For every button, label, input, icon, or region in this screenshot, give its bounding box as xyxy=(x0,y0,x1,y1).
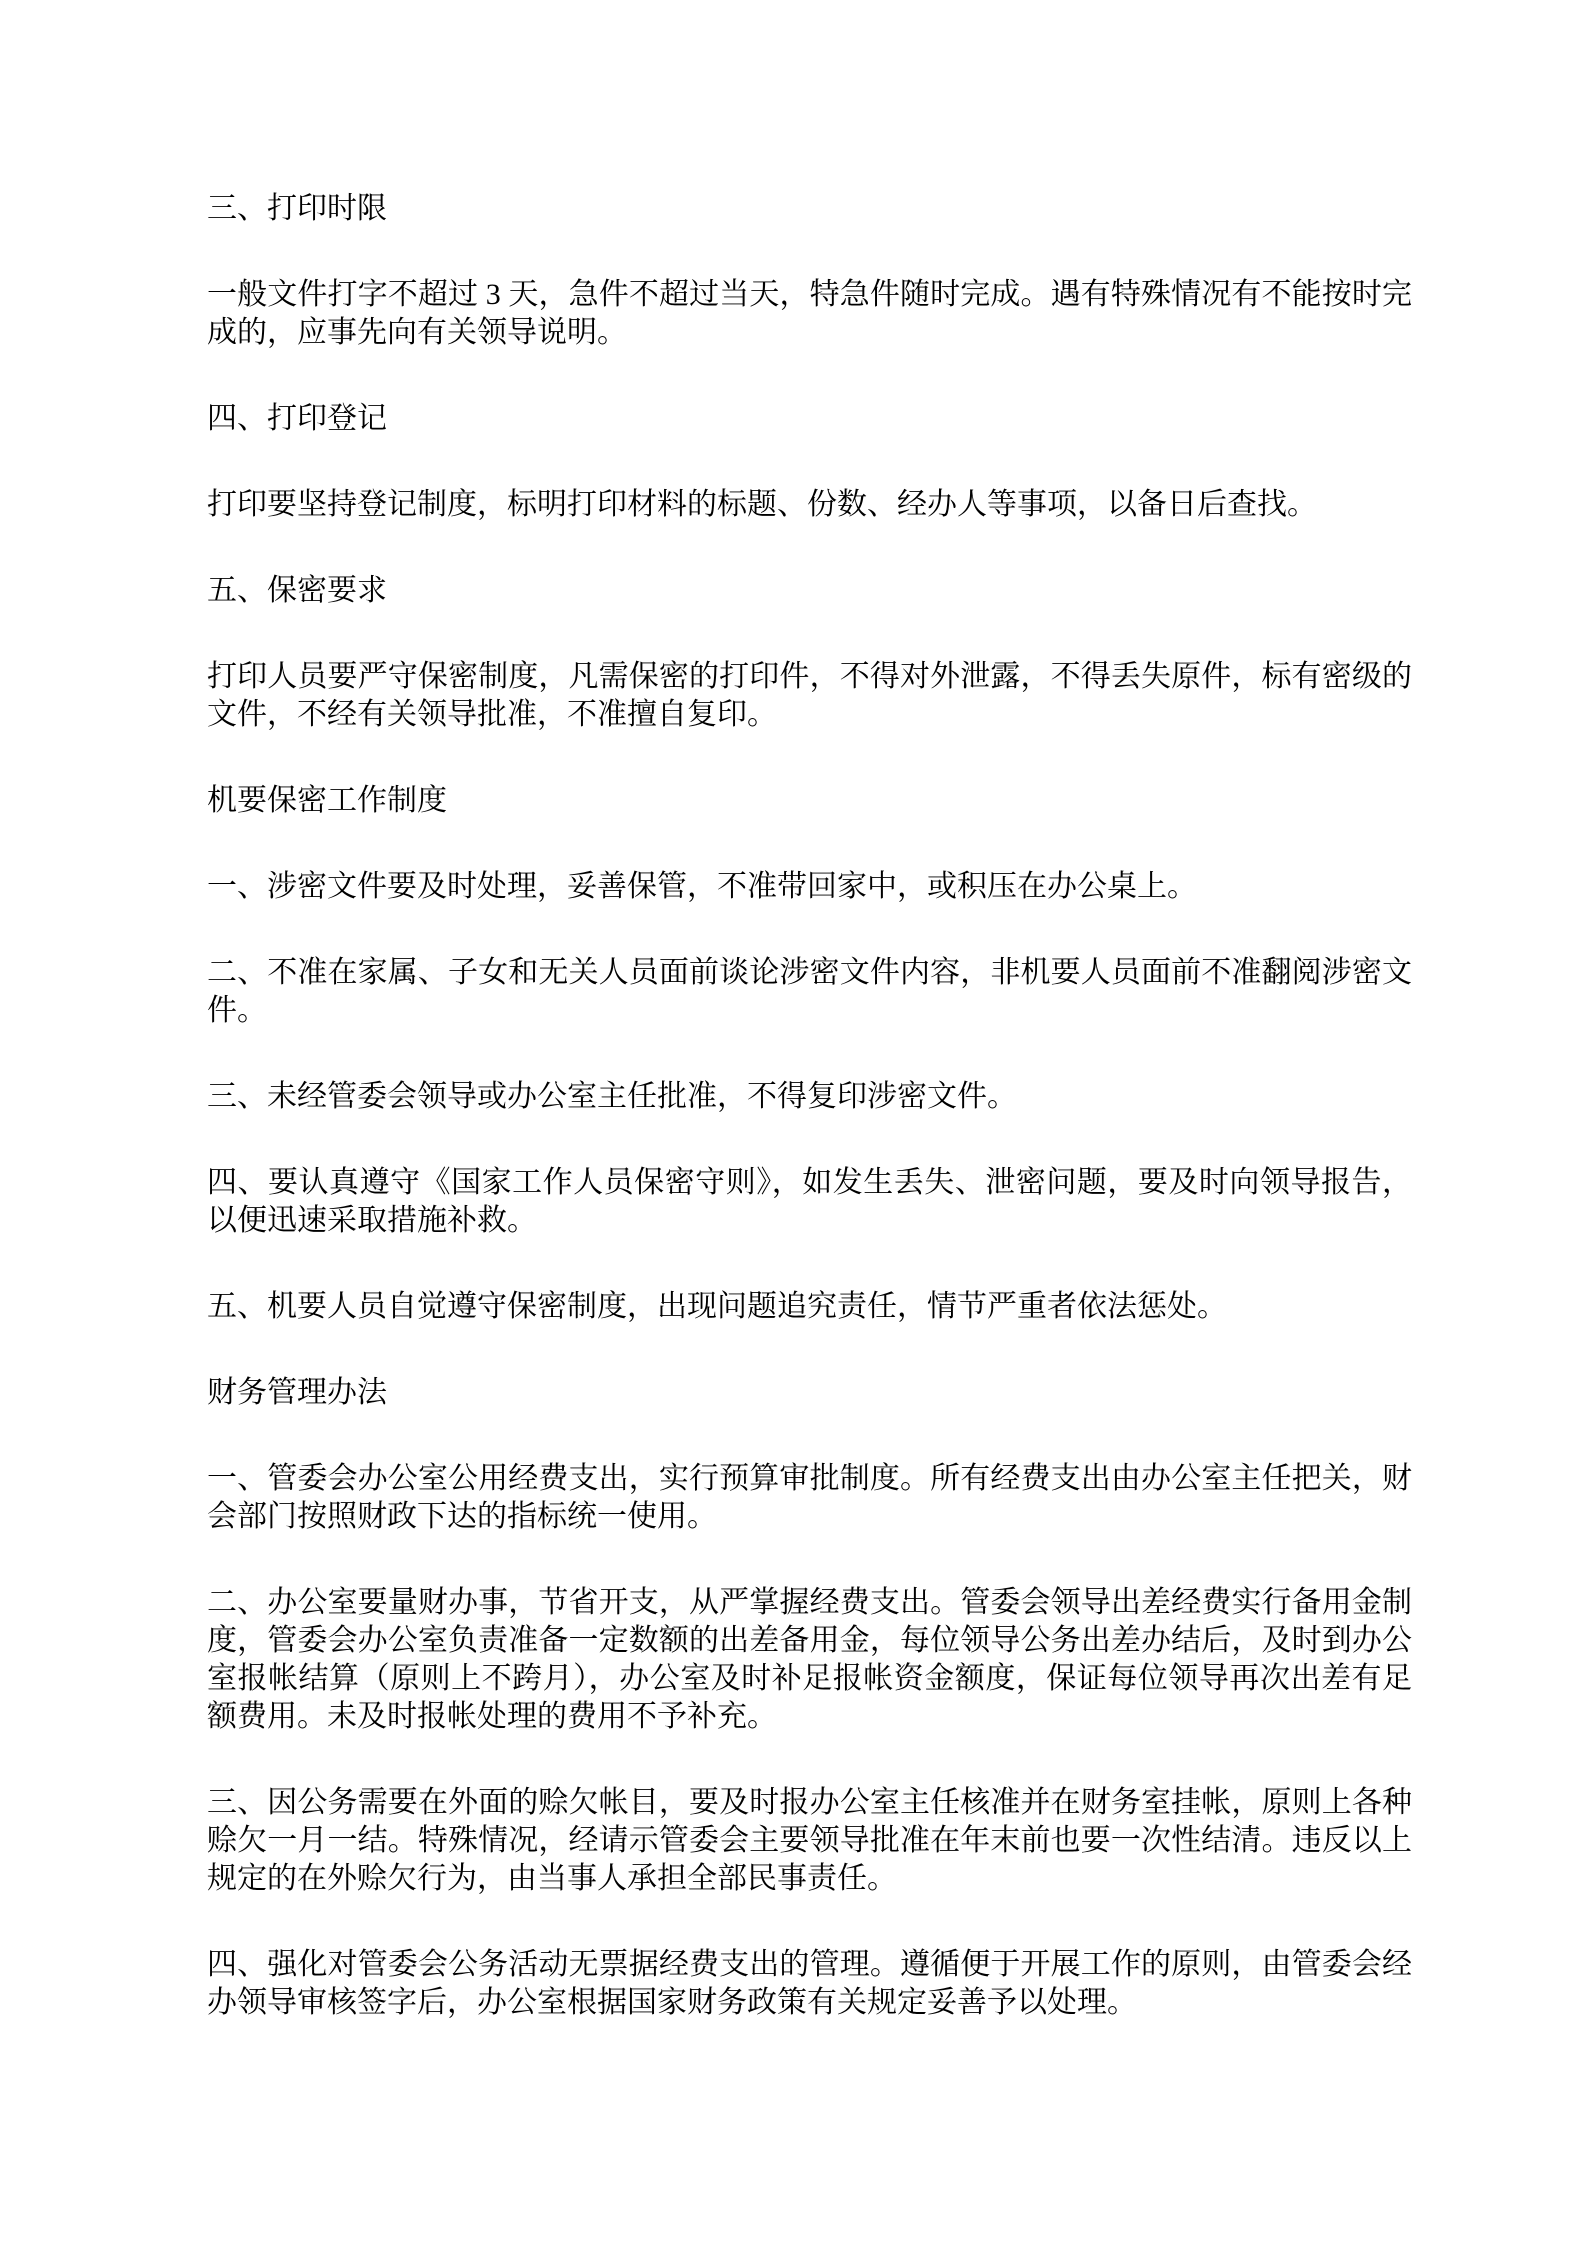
paragraph: 打印要坚持登记制度，标明打印材料的标题、份数、经办人等事项，以备日后查找。 xyxy=(207,486,1412,524)
paragraph: 一般文件打字不超过 3 天，急件不超过当天，特急件随时完成。遇有特殊情况有不能按… xyxy=(207,276,1412,352)
paragraph: 二、办公室要量财办事，节省开支，从严掌握经费支出。管委会领导出差经费实行备用金制… xyxy=(207,1584,1412,1736)
section-heading: 财务管理办法 xyxy=(207,1374,1412,1412)
paragraph: 五、机要人员自觉遵守保密制度，出现问题追究责任，情节严重者依法惩处。 xyxy=(207,1288,1412,1326)
paragraph: 四、强化对管委会公务活动无票据经费支出的管理。遵循便于开展工作的原则，由管委会经… xyxy=(207,1946,1412,2022)
paragraph: 一、管委会办公室公用经费支出，实行预算审批制度。所有经费支出由办公室主任把关，财… xyxy=(207,1460,1412,1536)
paragraph: 一、涉密文件要及时处理，妥善保管，不准带回家中，或积压在办公桌上。 xyxy=(207,868,1412,906)
paragraph: 二、不准在家属、子女和无关人员面前谈论涉密文件内容，非机要人员面前不准翻阅涉密文… xyxy=(207,954,1412,1030)
section-heading: 机要保密工作制度 xyxy=(207,782,1412,820)
document-page: 三、打印时限一般文件打字不超过 3 天，急件不超过当天，特急件随时完成。遇有特殊… xyxy=(0,0,1587,2245)
document-body: 三、打印时限一般文件打字不超过 3 天，急件不超过当天，特急件随时完成。遇有特殊… xyxy=(207,190,1412,2022)
paragraph: 四、要认真遵守《国家工作人员保密守则》，如发生丢失、泄密问题，要及时向领导报告，… xyxy=(207,1164,1412,1240)
section-heading: 三、打印时限 xyxy=(207,190,1412,228)
paragraph: 三、未经管委会领导或办公室主任批准，不得复印涉密文件。 xyxy=(207,1078,1412,1116)
paragraph: 打印人员要严守保密制度，凡需保密的打印件，不得对外泄露，不得丢失原件，标有密级的… xyxy=(207,658,1412,734)
paragraph: 三、因公务需要在外面的赊欠帐目，要及时报办公室主任核准并在财务室挂帐，原则上各种… xyxy=(207,1784,1412,1898)
section-heading: 五、保密要求 xyxy=(207,572,1412,610)
section-heading: 四、打印登记 xyxy=(207,400,1412,438)
